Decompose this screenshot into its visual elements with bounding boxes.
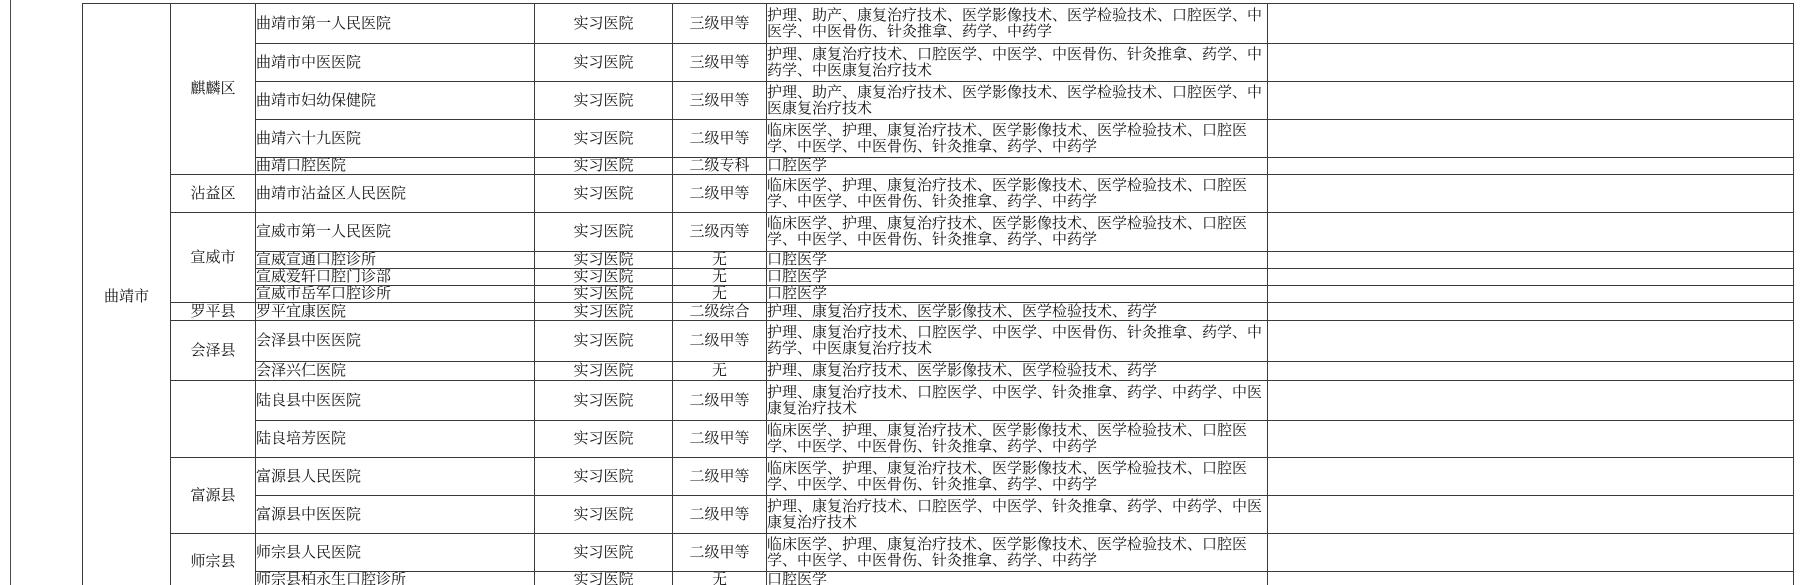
- hospital-type-cell: 实习医院: [535, 213, 673, 252]
- table-row: 陆良培芳医院实习医院二级甲等临床医学、护理、康复治疗技术、医学影像技术、医学检验…: [83, 421, 1794, 458]
- grade-cell: 三级甲等: [673, 82, 767, 120]
- specialties-cell: 护理、康复治疗技术、口腔医学、中医学、针灸推拿、药学、中药学、中医康复治疗技术: [767, 496, 1268, 534]
- hospital-name-cell: 宣威市第一人民医院: [256, 213, 535, 252]
- specialties-cell: 口腔医学: [767, 252, 1268, 269]
- district-cell: 罗平县: [171, 303, 256, 321]
- district-cell: 宣威市: [171, 213, 256, 303]
- table-row: 曲靖市妇幼保健院实习医院三级甲等护理、助产、康复治疗技术、医学影像技术、医学检验…: [83, 82, 1794, 120]
- city-cell: 曲靖市: [83, 4, 171, 585]
- hospital-type-cell: 实习医院: [535, 4, 673, 44]
- hospital-type-cell: 实习医院: [535, 120, 673, 158]
- hospital-type-cell: 实习医院: [535, 303, 673, 321]
- empty-cell: [1268, 458, 1794, 496]
- table-row: 会泽县会泽县中医医院实习医院二级甲等护理、康复治疗技术、口腔医学、中医学、中医骨…: [83, 321, 1794, 362]
- specialties-cell: 护理、康复治疗技术、口腔医学、中医学、中医骨伤、针灸推拿、药学、中药学、中医康复…: [767, 321, 1268, 362]
- hospital-name-cell: 曲靖市中医医院: [256, 44, 535, 82]
- hospital-type-cell: 实习医院: [535, 572, 673, 585]
- hospital-type-cell: 实习医院: [535, 458, 673, 496]
- table-row: 曲靖市中医医院实习医院三级甲等护理、康复治疗技术、口腔医学、中医学、中医骨伤、针…: [83, 44, 1794, 82]
- empty-cell: [1268, 303, 1794, 321]
- table-row: 罗平县罗平宜康医院实习医院二级综合护理、康复治疗技术、医学影像技术、医学检验技术…: [83, 303, 1794, 321]
- table-row: 宣威市宣威市第一人民医院实习医院三级丙等临床医学、护理、康复治疗技术、医学影像技…: [83, 213, 1794, 252]
- hospital-name-cell: 陆良县中医医院: [256, 381, 535, 421]
- specialties-cell: 临床医学、护理、康复治疗技术、医学影像技术、医学检验技术、口腔医学、中医学、中医…: [767, 213, 1268, 252]
- grade-cell: 二级综合: [673, 303, 767, 321]
- empty-cell: [1268, 269, 1794, 286]
- district-cell: 师宗县: [171, 534, 256, 585]
- table-row: 宣威爱轩口腔门诊部实习医院无口腔医学: [83, 269, 1794, 286]
- hospital-type-cell: 实习医院: [535, 286, 673, 303]
- hospital-name-cell: 曲靖市沾益区人民医院: [256, 175, 535, 213]
- table-row: 师宗县柏永生口腔诊所实习医院无口腔医学: [83, 572, 1794, 585]
- hospital-name-cell: 宣威市岳军口腔诊所: [256, 286, 535, 303]
- hospital-type-cell: 实习医院: [535, 421, 673, 458]
- hospital-name-cell: 会泽县中医医院: [256, 321, 535, 362]
- grade-cell: 二级甲等: [673, 120, 767, 158]
- grade-cell: 无: [673, 269, 767, 286]
- empty-cell: [1268, 534, 1794, 572]
- specialties-cell: 护理、康复治疗技术、口腔医学、中医学、针灸推拿、药学、中药学、中医康复治疗技术: [767, 381, 1268, 421]
- hospital-type-cell: 实习医院: [535, 82, 673, 120]
- specialties-cell: 护理、助产、康复治疗技术、医学影像技术、医学检验技术、口腔医学、中医康复治疗技术: [767, 82, 1268, 120]
- district-cell: 沾益区: [171, 175, 256, 213]
- grade-cell: 二级专科: [673, 158, 767, 175]
- hospital-table: 曲靖市麒麟区曲靖市第一人民医院实习医院三级甲等护理、助产、康复治疗技术、医学影像…: [82, 3, 1794, 585]
- hospital-name-cell: 罗平宜康医院: [256, 303, 535, 321]
- hospital-type-cell: 实习医院: [535, 534, 673, 572]
- specialties-cell: 口腔医学: [767, 572, 1268, 585]
- grade-cell: 二级甲等: [673, 458, 767, 496]
- table-row: 宣威宣通口腔诊所实习医院无口腔医学: [83, 252, 1794, 269]
- table-row: 会泽兴仁医院实习医院无护理、康复治疗技术、医学影像技术、医学检验技术、药学: [83, 362, 1794, 381]
- empty-cell: [1268, 381, 1794, 421]
- hospital-name-cell: 师宗县柏永生口腔诊所: [256, 572, 535, 585]
- empty-cell: [1268, 82, 1794, 120]
- empty-cell: [1268, 44, 1794, 82]
- hospital-type-cell: 实习医院: [535, 496, 673, 534]
- grade-cell: 无: [673, 572, 767, 585]
- district-cell: 富源县: [171, 458, 256, 534]
- document-page: 曲靖市麒麟区曲靖市第一人民医院实习医院三级甲等护理、助产、康复治疗技术、医学影像…: [0, 0, 1803, 585]
- grade-cell: 二级甲等: [673, 381, 767, 421]
- table-row: 富源县中医医院实习医院二级甲等护理、康复治疗技术、口腔医学、中医学、针灸推拿、药…: [83, 496, 1794, 534]
- hospital-name-cell: 宣威宣通口腔诊所: [256, 252, 535, 269]
- table-row: 富源县富源县人民医院实习医院二级甲等临床医学、护理、康复治疗技术、医学影像技术、…: [83, 458, 1794, 496]
- left-gutter-line: [10, 0, 11, 585]
- hospital-type-cell: 实习医院: [535, 269, 673, 286]
- grade-cell: 二级甲等: [673, 421, 767, 458]
- table-row: 曲靖口腔医院实习医院二级专科口腔医学: [83, 158, 1794, 175]
- table-row: 沾益区曲靖市沾益区人民医院实习医院二级甲等临床医学、护理、康复治疗技术、医学影像…: [83, 175, 1794, 213]
- empty-cell: [1268, 321, 1794, 362]
- hospital-name-cell: 富源县人民医院: [256, 458, 535, 496]
- grade-cell: 无: [673, 252, 767, 269]
- empty-cell: [1268, 286, 1794, 303]
- specialties-cell: 临床医学、护理、康复治疗技术、医学影像技术、医学检验技术、口腔医学、中医学、中医…: [767, 175, 1268, 213]
- hospital-type-cell: 实习医院: [535, 321, 673, 362]
- grade-cell: 二级甲等: [673, 175, 767, 213]
- grade-cell: 二级甲等: [673, 534, 767, 572]
- empty-cell: [1268, 421, 1794, 458]
- hospital-type-cell: 实习医院: [535, 44, 673, 82]
- specialties-cell: 护理、康复治疗技术、医学影像技术、医学检验技术、药学: [767, 303, 1268, 321]
- table-row: 师宗县师宗县人民医院实习医院二级甲等临床医学、护理、康复治疗技术、医学影像技术、…: [83, 534, 1794, 572]
- empty-cell: [1268, 120, 1794, 158]
- table-row: 陆良县中医医院实习医院二级甲等护理、康复治疗技术、口腔医学、中医学、针灸推拿、药…: [83, 381, 1794, 421]
- hospital-type-cell: 实习医院: [535, 175, 673, 213]
- empty-cell: [1268, 213, 1794, 252]
- hospital-type-cell: 实习医院: [535, 381, 673, 421]
- empty-cell: [1268, 158, 1794, 175]
- table-row: 宣威市岳军口腔诊所实习医院无口腔医学: [83, 286, 1794, 303]
- grade-cell: 二级甲等: [673, 496, 767, 534]
- specialties-cell: 护理、康复治疗技术、医学影像技术、医学检验技术、药学: [767, 362, 1268, 381]
- hospital-type-cell: 实习医院: [535, 252, 673, 269]
- hospital-name-cell: 宣威爱轩口腔门诊部: [256, 269, 535, 286]
- hospital-type-cell: 实习医院: [535, 362, 673, 381]
- specialties-cell: 口腔医学: [767, 269, 1268, 286]
- grade-cell: 无: [673, 362, 767, 381]
- district-cell: 麒麟区: [171, 4, 256, 175]
- hospital-name-cell: 曲靖六十九医院: [256, 120, 535, 158]
- hospital-name-cell: 曲靖口腔医院: [256, 158, 535, 175]
- specialties-cell: 临床医学、护理、康复治疗技术、医学影像技术、医学检验技术、口腔医学、中医学、中医…: [767, 534, 1268, 572]
- specialties-cell: 口腔医学: [767, 158, 1268, 175]
- specialties-cell: 口腔医学: [767, 286, 1268, 303]
- table-row: 曲靖六十九医院实习医院二级甲等临床医学、护理、康复治疗技术、医学影像技术、医学检…: [83, 120, 1794, 158]
- grade-cell: 三级甲等: [673, 44, 767, 82]
- grade-cell: 三级甲等: [673, 4, 767, 44]
- hospital-name-cell: 师宗县人民医院: [256, 534, 535, 572]
- empty-cell: [1268, 362, 1794, 381]
- district-cell: [171, 381, 256, 458]
- hospital-name-cell: 富源县中医医院: [256, 496, 535, 534]
- district-cell: 会泽县: [171, 321, 256, 381]
- empty-cell: [1268, 252, 1794, 269]
- grade-cell: 二级甲等: [673, 321, 767, 362]
- specialties-cell: 临床医学、护理、康复治疗技术、医学影像技术、医学检验技术、口腔医学、中医学、中医…: [767, 120, 1268, 158]
- hospital-name-cell: 曲靖市妇幼保健院: [256, 82, 535, 120]
- empty-cell: [1268, 496, 1794, 534]
- hospital-type-cell: 实习医院: [535, 158, 673, 175]
- hospital-name-cell: 会泽兴仁医院: [256, 362, 535, 381]
- hospital-name-cell: 曲靖市第一人民医院: [256, 4, 535, 44]
- grade-cell: 三级丙等: [673, 213, 767, 252]
- specialties-cell: 护理、康复治疗技术、口腔医学、中医学、中医骨伤、针灸推拿、药学、中药学、中医康复…: [767, 44, 1268, 82]
- table-row: 曲靖市麒麟区曲靖市第一人民医院实习医院三级甲等护理、助产、康复治疗技术、医学影像…: [83, 4, 1794, 44]
- empty-cell: [1268, 175, 1794, 213]
- specialties-cell: 临床医学、护理、康复治疗技术、医学影像技术、医学检验技术、口腔医学、中医学、中医…: [767, 421, 1268, 458]
- grade-cell: 无: [673, 286, 767, 303]
- specialties-cell: 临床医学、护理、康复治疗技术、医学影像技术、医学检验技术、口腔医学、中医学、中医…: [767, 458, 1268, 496]
- specialties-cell: 护理、助产、康复治疗技术、医学影像技术、医学检验技术、口腔医学、中医学、中医骨伤…: [767, 4, 1268, 44]
- empty-cell: [1268, 4, 1794, 44]
- empty-cell: [1268, 572, 1794, 585]
- hospital-name-cell: 陆良培芳医院: [256, 421, 535, 458]
